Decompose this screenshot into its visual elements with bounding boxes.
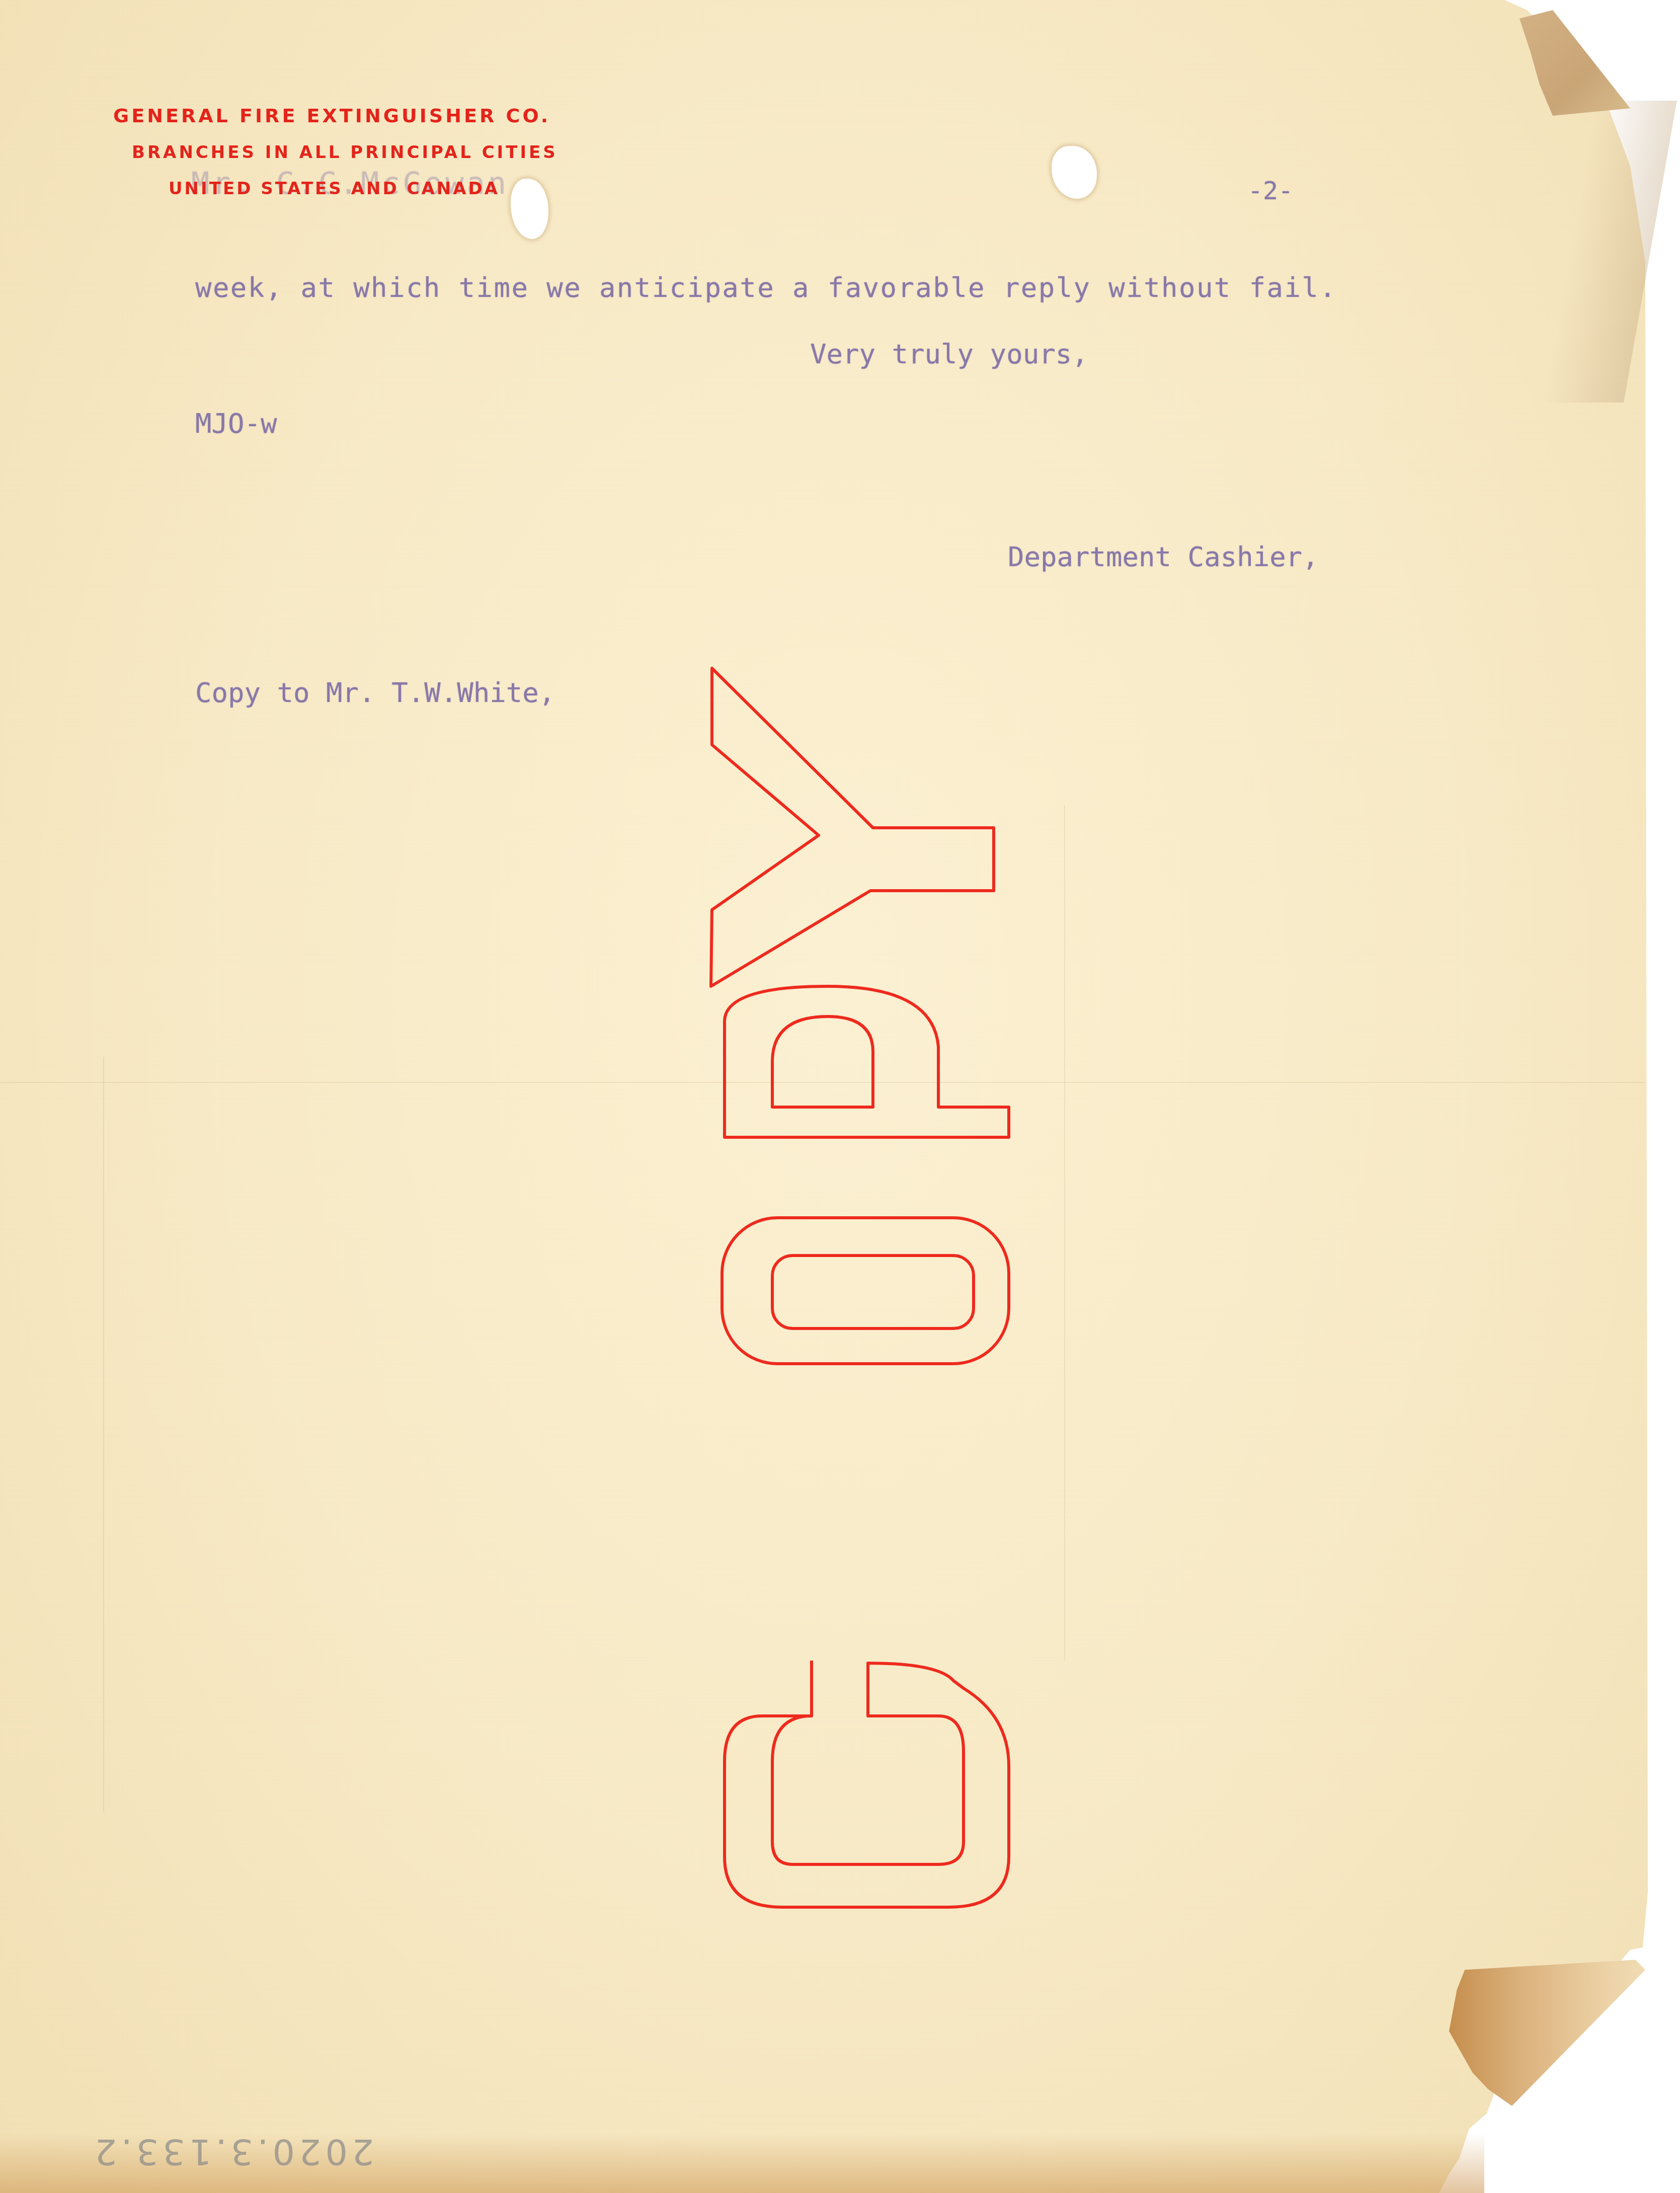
pencil-margin-line: [103, 1057, 104, 1812]
copy-stamp-outline-icon: [702, 664, 1014, 1917]
typist-initials: MJO-w: [195, 408, 277, 439]
catalog-number: 2020.3.133.2: [91, 2131, 374, 2172]
letterhead-region: UNITED STATES AND CANADA: [169, 179, 500, 199]
closing-salutation: Very truly yours,: [810, 338, 1088, 370]
copy-stamp: COPY: [702, 664, 1014, 1917]
body-paragraph: week, at which time we anticipate a favo…: [195, 272, 1337, 303]
carbon-copy-line: Copy to Mr. T.W.White,: [195, 677, 555, 709]
letterhead-branches: BRANCHES IN ALL PRINCIPAL CITIES: [132, 142, 558, 163]
signature-title: Department Cashier,: [1008, 541, 1319, 573]
paper-crease-vertical: [1064, 805, 1065, 1661]
letterhead-company: GENERAL FIRE EXTINGUISHER CO.: [113, 105, 550, 127]
page-number: -2-: [1248, 176, 1293, 205]
